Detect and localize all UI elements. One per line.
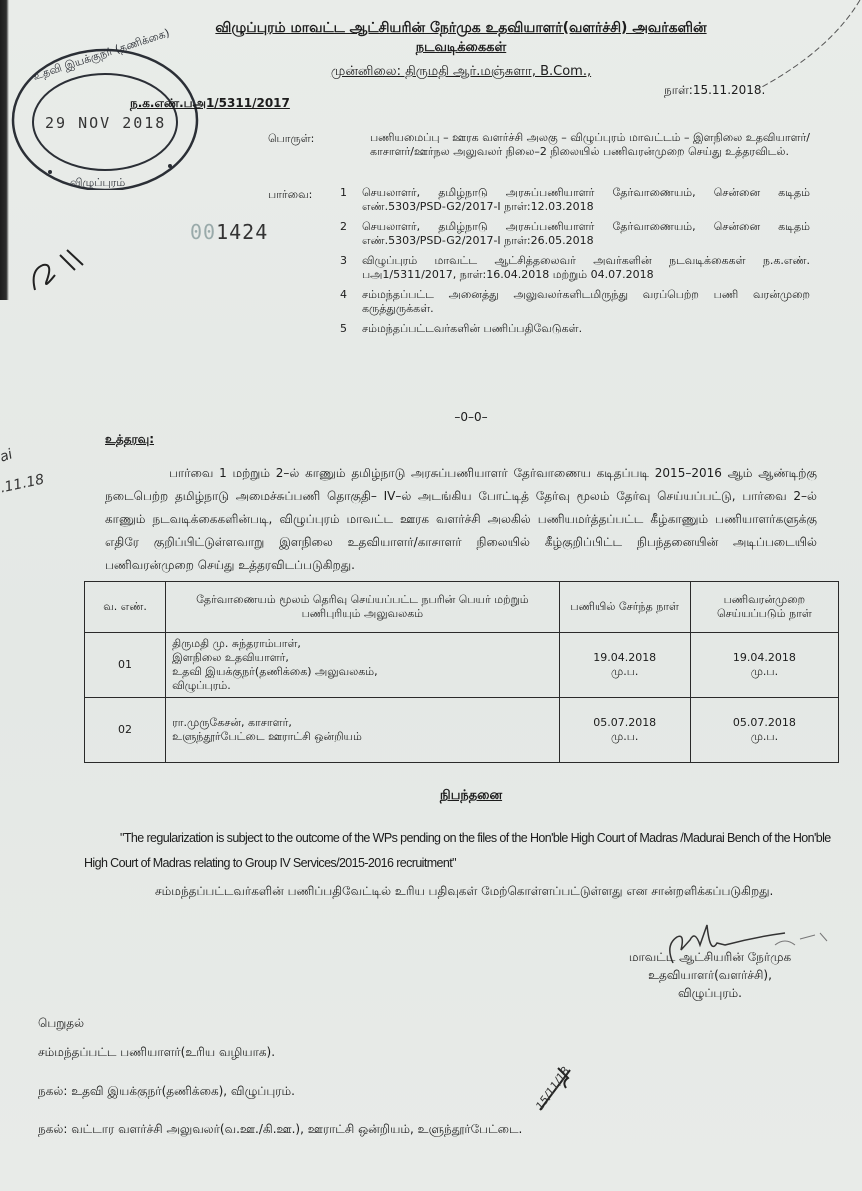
regularization-table: வ. எண். தேர்வாணையம் மூலம் தெரிவு செய்யப்… <box>84 581 839 763</box>
inward-number-stamp: 001424 <box>190 220 268 244</box>
document-title-line2: நடவடிக்கைகள் <box>0 40 862 56</box>
copy-line: நகல்: வட்டார வளர்ச்சி அலுவலர்(வ.ஊ./கி.ஊ.… <box>38 1122 522 1138</box>
seal-date: 29 NOV 2018 <box>45 114 166 132</box>
seal-text-bottom: விழுப்புரம் <box>70 176 125 191</box>
reference-item: 3விழுப்புரம் மாவட்ட ஆட்சித்தலைவர் அவர்கள… <box>340 254 810 282</box>
document-page: உதவி இயக்குநர் (தணிக்கை) விழுப்புரம் 29 … <box>0 0 862 1191</box>
references-list: 1செயலாளர், தமிழ்நாடு அரசுப்பணியாளர் தேர்… <box>340 186 810 342</box>
condition-english-text: "The regularization is subject to the ou… <box>84 826 844 876</box>
copy-to-label: பெறுதல் <box>38 1016 84 1032</box>
cell-joining-date: 19.04.2018 மு.ப. <box>559 633 690 698</box>
cell-name-office: ரா.முருகேசன், காசாளர், உளுந்தூர்பேட்டை ஊ… <box>166 698 560 763</box>
order-heading: உத்தரவு: <box>105 432 154 448</box>
table-header-row: வ. எண். தேர்வாணையம் மூலம் தெரிவு செய்யப்… <box>85 582 839 633</box>
reference-item: 2செயலாளர், தமிழ்நாடு அரசுப்பணியாளர் தேர்… <box>340 220 810 248</box>
reference-number: ந.க.எண்.பஅ1/5311/2017 <box>130 96 290 112</box>
condition-tamil-text: சம்மந்தப்பட்டவர்களின் பணிப்பதிவேட்டில் உ… <box>105 877 817 905</box>
subject-label: பொருள்: <box>268 132 314 147</box>
document-title-line1: விழுப்புரம் மாவட்ட ஆட்சியரின் நேர்முக உத… <box>0 20 862 38</box>
table-row: 01 திருமதி மு. சுந்தராம்பாள், இளநிலை உதவ… <box>85 633 839 698</box>
order-paragraph: பார்வை 1 மற்றும் 2–ல் காணும் தமிழ்நாடு அ… <box>105 462 817 577</box>
cell-serial-no: 01 <box>85 633 166 698</box>
recipient-line: சம்மந்தப்பட்ட பணியாளர்(உரிய வழியாக). <box>38 1045 275 1061</box>
margin-handwritten-date: .11.18 <box>0 472 46 497</box>
reference-item: 1செயலாளர், தமிழ்நாடு அரசுப்பணியாளர் தேர்… <box>340 186 810 214</box>
signatory-place: விழுப்புரம். <box>600 984 820 1002</box>
copy-line: நகல்: உதவி இயக்குநர்(தணிக்கை), விழுப்புர… <box>38 1084 295 1100</box>
section-separator: –0–0– <box>0 410 862 424</box>
cell-joining-date: 05.07.2018 மு.ப. <box>559 698 690 763</box>
handwritten-scribble <box>25 235 95 295</box>
cell-name-office: திருமதி மு. சுந்தராம்பாள், இளநிலை உதவியா… <box>166 633 560 698</box>
cell-regularization-date: 19.04.2018 மு.ப. <box>690 633 838 698</box>
signatory-designation-line2: உதவியாளர்(வளர்ச்சி), <box>600 966 820 984</box>
reference-item: 5சம்மந்தப்பட்டவர்களின் பணிப்பதிவேடுகள். <box>340 322 810 336</box>
cell-serial-no: 02 <box>85 698 166 763</box>
presence-line: முன்னிலை: திருமதி ஆர்.மஞ்சுளா, B.Com., <box>0 64 862 80</box>
document-date: நாள்:15.11.2018. <box>664 83 765 99</box>
signatory-designation-line1: மாவட்ட ஆட்சியரின் நேர்முக <box>600 948 820 966</box>
subject-text: பணியமைப்பு – ஊரக வளர்ச்சி அலகு – விழுப்ப… <box>370 131 810 159</box>
margin-handwritten-note: ai <box>0 446 15 465</box>
header-serial-no: வ. எண். <box>85 582 166 633</box>
header-name-office: தேர்வாணையம் மூலம் தெரிவு செய்யப்பட்ட நபர… <box>166 582 560 633</box>
header-regularization-date: பணிவரன்முறை செய்யப்படும் நாள் <box>690 582 838 633</box>
condition-heading: நிபந்தனை <box>0 788 862 804</box>
references-label: பார்வை: <box>268 188 312 203</box>
header-joining-date: பணியில் சேர்ந்த நாள் <box>559 582 690 633</box>
signatory-block: மாவட்ட ஆட்சியரின் நேர்முக உதவியாளர்(வளர்… <box>600 948 820 1002</box>
table-row: 02 ரா.முருகேசன், காசாளர், உளுந்தூர்பேட்ட… <box>85 698 839 763</box>
reference-item: 4சம்மந்தப்பட்ட அனைத்து அலுவலர்களிடமிருந்… <box>340 288 810 316</box>
cell-regularization-date: 05.07.2018 மு.ப. <box>690 698 838 763</box>
